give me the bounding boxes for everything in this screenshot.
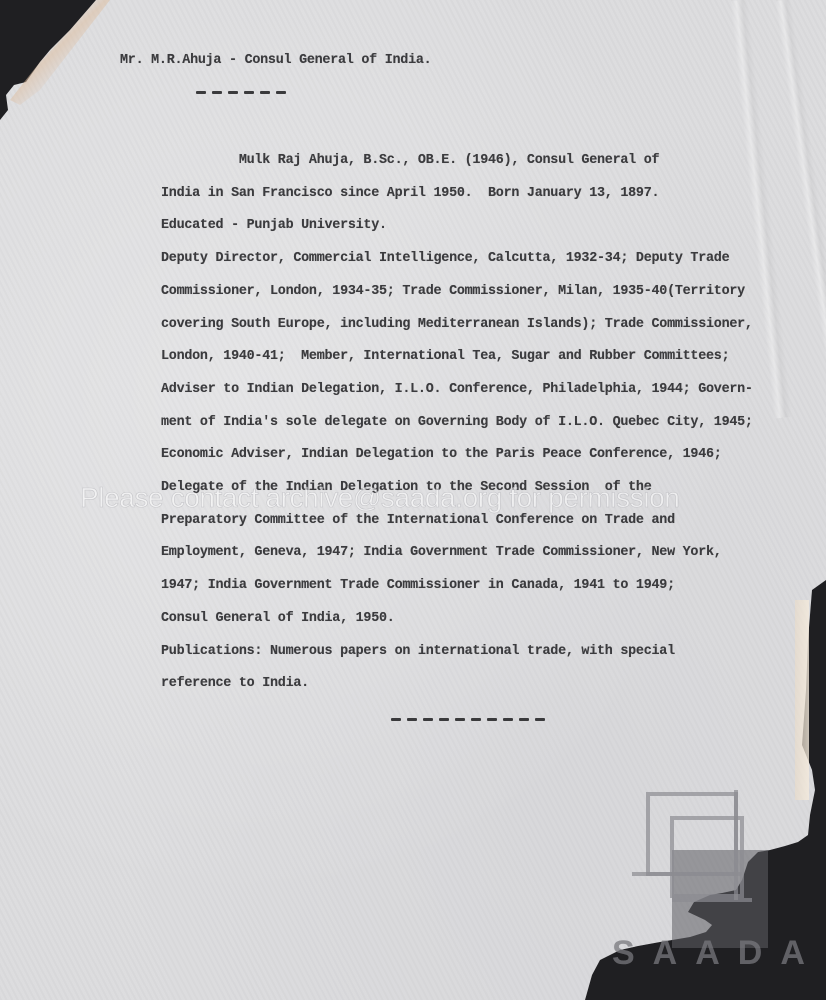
paper-sheet: [0, 0, 826, 1000]
document-title: Mr. M.R.Ahuja - Consul General of India.: [120, 53, 431, 68]
body-line: Economic Adviser, Indian Delegation to t…: [161, 447, 722, 462]
body-line: India in San Francisco since April 1950.…: [161, 186, 659, 201]
body-line: Commissioner, London, 1934-35; Trade Com…: [161, 284, 745, 299]
footer-divider: [391, 718, 545, 721]
body-line: Preparatory Committee of the Internation…: [161, 513, 675, 528]
body-line: reference to India.: [161, 676, 309, 691]
body-line: Publications: Numerous papers on interna…: [161, 644, 675, 659]
body-line: London, 1940-41; Member, International T…: [161, 349, 729, 364]
body-line: Educated - Punjab University.: [161, 218, 387, 233]
body-line: Adviser to Indian Delegation, I.L.O. Con…: [161, 382, 753, 397]
body-line: Deputy Director, Commercial Intelligence…: [161, 251, 729, 266]
body-line: Delegate of the Indian Delegation to the…: [161, 480, 652, 495]
body-line: Consul General of India, 1950.: [161, 611, 395, 626]
body-line: covering South Europe, including Mediter…: [161, 317, 753, 332]
body-line: Employment, Geneva, 1947; India Governme…: [161, 545, 722, 560]
header-divider: [196, 91, 286, 94]
body-line: 1947; India Government Trade Commissione…: [161, 578, 675, 593]
body-line: Mulk Raj Ahuja, B.Sc., OB.E. (1946), Con…: [161, 153, 659, 168]
body-line: ment of India's sole delegate on Governi…: [161, 415, 753, 430]
scanned-document: Mr. M.R.Ahuja - Consul General of India.…: [0, 0, 826, 1000]
